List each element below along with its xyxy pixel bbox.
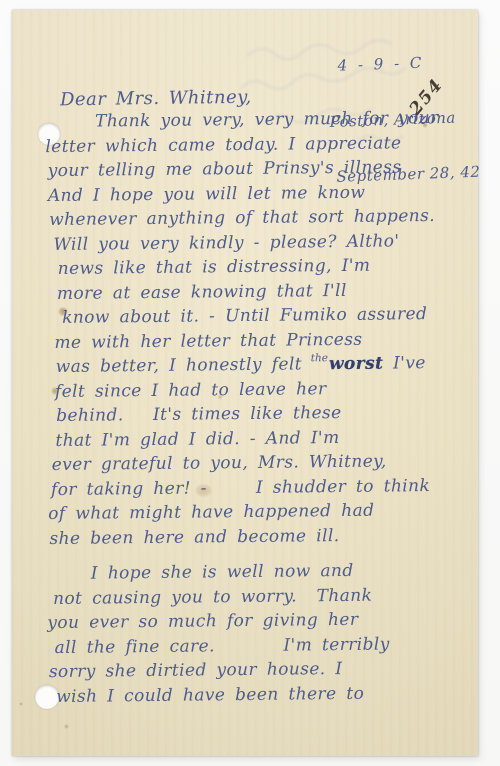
letter-line: wish I could have been there to [18, 680, 484, 709]
letter-line-with-insertion: was better, I honestly felt theworst I'v… [15, 351, 481, 380]
letter-line: Thank you very, very much for your [12, 106, 478, 135]
letter-body: Thank you very, very much for your lette… [12, 106, 484, 710]
paragraph-1: Thank you very, very much for your lette… [12, 106, 483, 552]
file-code: 4 - 9 - C [327, 52, 477, 76]
letter-line: for taking her! - I shudder to think [16, 473, 482, 502]
letter-line: whenever anything of that sort happens. [13, 204, 479, 233]
salutation: Dear Mrs. Whitney, [60, 87, 252, 111]
paper-stain [64, 724, 69, 729]
scanned-letter-page: 4 - 9 - C Poston, Arizona September 28, … [0, 0, 500, 766]
overwritten-word: worst [329, 354, 384, 375]
line-text-after: I've [383, 353, 426, 373]
letter-line: know about it. - Until Fumiko assured [14, 302, 480, 331]
line-text-before: was better, I honestly felt [56, 354, 312, 377]
letter-paper: 4 - 9 - C Poston, Arizona September 28, … [12, 10, 478, 756]
paragraph-2: I hope she is well now and not causing y… [17, 558, 485, 710]
letter-line: she been here and become ill. [16, 522, 482, 551]
inserted-word-above-line: the [311, 352, 328, 364]
